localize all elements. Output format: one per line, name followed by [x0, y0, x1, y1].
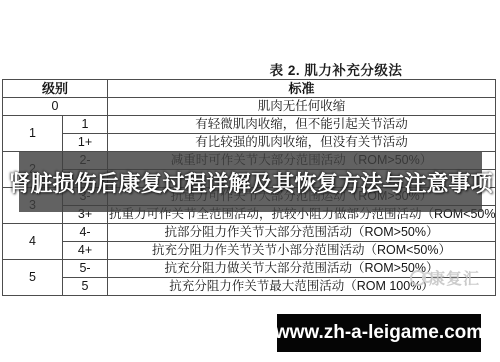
level-cell: 4	[3, 224, 63, 260]
standard-cell: 抗充分阻力作关节关节小部分范围活动（ROM<50%）	[108, 242, 496, 260]
row-1plus: 1+ 有比较强的肌肉收缩，但没有关节活动	[3, 134, 496, 152]
sublevel-cell: 4-	[63, 224, 108, 242]
rehab-watermark: 康复汇	[410, 266, 480, 289]
sublevel-cell: 1	[63, 116, 108, 134]
sublevel-cell: 5-	[63, 260, 108, 278]
header-level: 级别	[3, 80, 108, 98]
standard-cell: 抗部分阻力作关节大部分范围活动（ROM>50%）	[108, 224, 496, 242]
website-banner: www.zh-a-leigame.com	[277, 314, 481, 352]
table-title: 表 2. 肌力补充分级法	[226, 59, 446, 79]
level-cell: 0	[3, 98, 108, 116]
header-row: 级别 标准	[3, 80, 496, 98]
row-4plus: 4+ 抗充分阻力作关节关节小部分范围活动（ROM<50%）	[3, 242, 496, 260]
level-cell: 5	[3, 260, 63, 296]
standard-cell: 有比较强的肌肉收缩，但没有关节活动	[108, 134, 496, 152]
row-4minus: 4 4- 抗部分阻力作关节大部分范围活动（ROM>50%）	[3, 224, 496, 242]
headline-overlay: 肾脏损伤后康复过程详解及其恢复方法与注意事项	[19, 152, 482, 212]
header-standard: 标准	[108, 80, 496, 98]
watermark-text: 康复汇	[429, 266, 480, 289]
standard-cell: 肌肉无任何收缩	[108, 98, 496, 116]
row-1: 1 1 有轻微肌肉收缩，但不能引起关节活动	[3, 116, 496, 134]
website-url: www.zh-a-leigame.com	[275, 322, 483, 344]
level-cell: 1	[3, 116, 63, 152]
standard-cell: 有轻微肌肉收缩，但不能引起关节活动	[108, 116, 496, 134]
sublevel-cell: 5	[63, 278, 108, 296]
row-0: 0 肌肉无任何收缩	[3, 98, 496, 116]
sublevel-cell: 1+	[63, 134, 108, 152]
headline-text: 肾脏损伤后康复过程详解及其恢复方法与注意事项	[9, 167, 493, 198]
page: 表 2. 肌力补充分级法 级别 标准 0 肌肉无任何收缩 1 1 有轻微肌肉收缩…	[0, 0, 500, 362]
sublevel-cell: 4+	[63, 242, 108, 260]
